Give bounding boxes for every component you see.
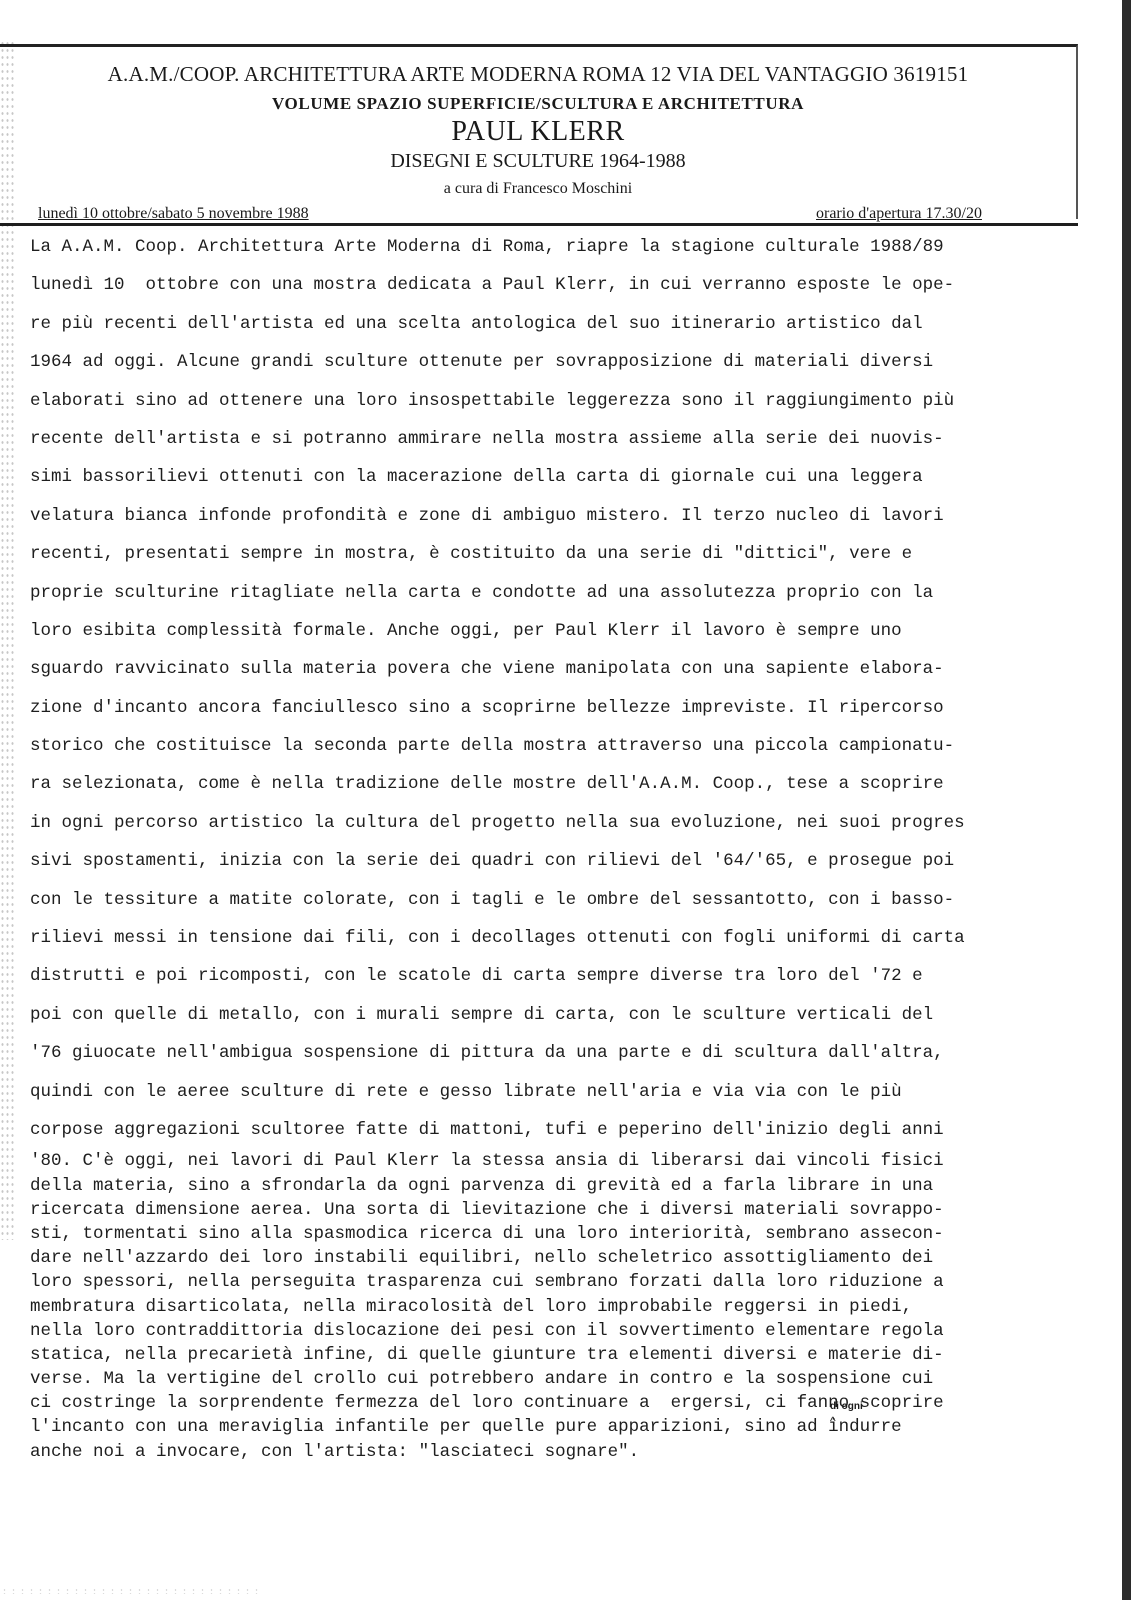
text-line: statica, nella precarietà infine, di que… (30, 1343, 1120, 1367)
press-release-body: La A.A.M. Coop. Architettura Arte Modern… (30, 228, 1120, 1464)
text-line: dare nell'azzardo dei loro instabili equ… (30, 1246, 1120, 1270)
text-line: rilievi messi in tensione dai fili, con … (30, 919, 1120, 957)
handwritten-insertion: di ogni (830, 1401, 863, 1412)
text-line: con le tessiture a matite colorate, con … (30, 881, 1120, 919)
text-line: in ogni percorso artistico la cultura de… (30, 804, 1120, 842)
text-line: loro spessori, nella perseguita traspare… (30, 1270, 1120, 1294)
series-title: VOLUME SPAZIO SUPERFICIE/SCULTURA E ARCH… (0, 94, 1076, 114)
text-line: sivi spostamenti, inizia con la serie de… (30, 842, 1120, 880)
scan-edge-noise (0, 40, 14, 1240)
text-line: proprie sculturine ritagliate nella cart… (30, 574, 1120, 612)
scan-bottom-noise (0, 1588, 260, 1594)
text-line: '80. C'è oggi, nei lavori di Paul Klerr … (30, 1149, 1120, 1173)
text-line: poi con quelle di metallo, con i murali … (30, 996, 1120, 1034)
exhibition-title: DISEGNI E SCULTURE 1964-1988 (0, 150, 1076, 173)
text-line: distrutti e poi ricomposti, con le scato… (30, 957, 1120, 995)
text-line: nella loro contraddittoria dislocazione … (30, 1319, 1120, 1343)
text-line: elaborati sino ad ottenere una loro inso… (30, 382, 1120, 420)
text-line: re più recenti dell'artista ed una scelt… (30, 305, 1120, 343)
text-line: quindi con le aeree sculture di rete e g… (30, 1073, 1120, 1111)
text-line: lunedì 10 ottobre con una mostra dedicat… (30, 266, 1120, 304)
text-line: sguardo ravvicinato sulla materia povera… (30, 650, 1120, 688)
text-line: corpose aggregazioni scultoree fatte di … (30, 1111, 1120, 1149)
header-rule (0, 223, 1078, 226)
exhibition-dates: lunedì 10 ottobre/sabato 5 novembre 1988 (38, 205, 309, 223)
text-line: La A.A.M. Coop. Architettura Arte Modern… (30, 228, 1120, 266)
curator-credit: a cura di Francesco Moschini (0, 180, 1076, 198)
text-line: recente dell'artista e si potranno ammir… (30, 420, 1120, 458)
text-line: ra selezionata, come è nella tradizione … (30, 765, 1120, 803)
text-line: ci costringe la sorprendente fermezza de… (30, 1391, 1120, 1415)
text-line: '76 giuocate nell'ambigua sospensione di… (30, 1034, 1120, 1072)
organization-line: A.A.M./COOP. ARCHITETTURA ARTE MODERNA R… (0, 62, 1076, 87)
text-line: loro esibita complessità formale. Anche … (30, 612, 1120, 650)
text-line: verse. Ma la vertigine del crollo cui po… (30, 1367, 1120, 1391)
text-line: l'incanto con una meraviglia infantile p… (30, 1415, 1120, 1439)
text-line: recenti, presentati sempre in mostra, è … (30, 535, 1120, 573)
body-paragraph-compact: '80. C'è oggi, nei lavori di Paul Klerr … (30, 1149, 1120, 1463)
text-line: 1964 ad oggi. Alcune grandi sculture ott… (30, 343, 1120, 381)
insertion-caret-icon: ^ (830, 1414, 836, 1428)
text-line: simi bassorilievi ottenuti con la macera… (30, 458, 1120, 496)
text-line: della materia, sino a sfrondarla da ogni… (30, 1174, 1120, 1198)
opening-hours: orario d'apertura 17.30/20 (816, 205, 982, 223)
text-line: anche noi a invocare, con l'artista: "la… (30, 1440, 1120, 1464)
text-line: sti, tormentati sino alla spasmodica ric… (30, 1222, 1120, 1246)
text-line: storico che costituisce la seconda parte… (30, 727, 1120, 765)
text-line: ricercata dimensione aerea. Una sorta di… (30, 1198, 1120, 1222)
text-line: membratura disarticolata, nella miracolo… (30, 1295, 1120, 1319)
scan-border (1122, 0, 1131, 1600)
text-line: velatura bianca infonde profondità e zon… (30, 497, 1120, 535)
text-line: zione d'incanto ancora fanciullesco sino… (30, 689, 1120, 727)
body-paragraph-spaced: La A.A.M. Coop. Architettura Arte Modern… (30, 228, 1120, 1149)
artist-name: PAUL KLERR (0, 116, 1076, 148)
